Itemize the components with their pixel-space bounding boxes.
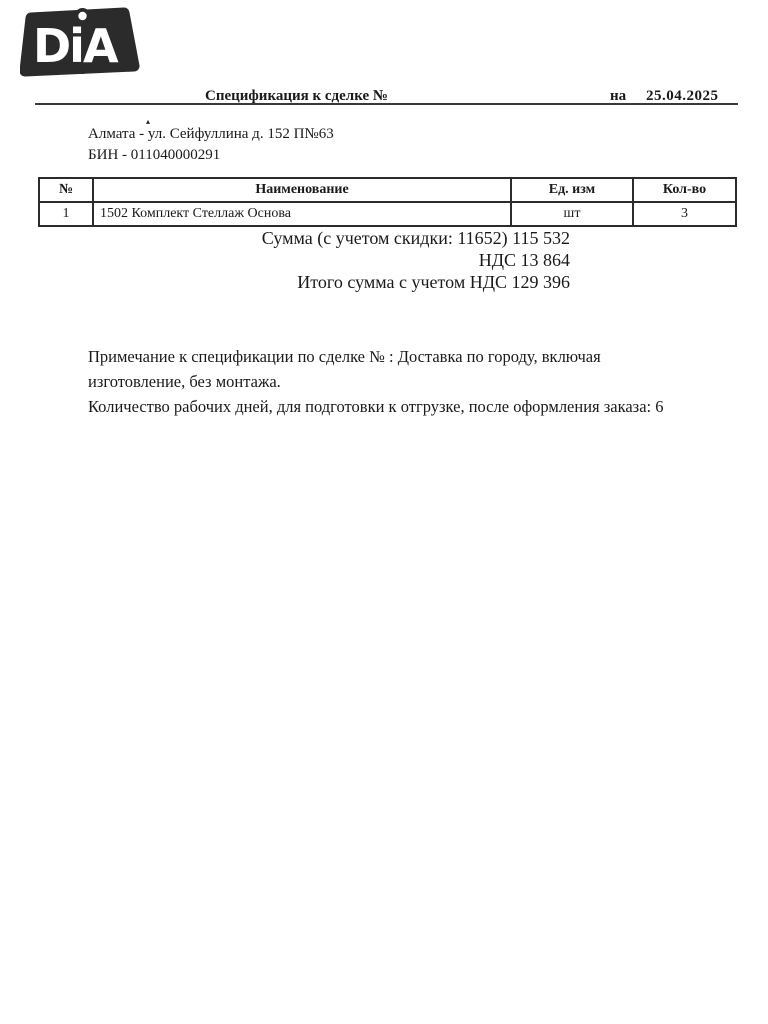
note-line-1: Примечание к спецификации по сделке № : … [88,344,728,369]
table-row: 1 1502 Комплект Стеллаж Основа шт 3 [39,202,736,226]
logo-text: DiA [33,19,119,73]
items-table: № Наименование Ед. изм Кол-во 1 1502 Ком… [38,177,737,227]
dia-logo-icon: DiA [20,4,142,82]
footnote-mark: ▴ [146,118,150,126]
item-unit: шт [511,202,633,226]
table-header-row: № Наименование Ед. изм Кол-во [39,178,736,202]
company-logo: DiA [20,4,142,82]
col-header-qty: Кол-во [633,178,736,202]
col-header-name: Наименование [93,178,511,202]
item-name: 1502 Комплект Стеллаж Основа [93,202,511,226]
col-header-number: № [39,178,93,202]
total-with-vat: Итого сумма с учетом НДС 129 396 [38,271,570,293]
sum-with-discount: Сумма (с учетом скидки: 11652) 115 532 [38,227,570,249]
col-header-unit: Ед. изм [511,178,633,202]
item-qty: 3 [633,202,736,226]
notes-block: Примечание к спецификации по сделке № : … [88,344,728,419]
note-line-2: изготовление, без монтажа. [88,369,728,394]
vat-amount: НДС 13 864 [38,249,570,271]
note-line-3: Количество рабочих дней, для подготовки … [88,394,728,419]
totals-block: Сумма (с учетом скидки: 11652) 115 532 Н… [38,227,570,293]
seller-bin: БИН - 011040000291 [88,147,220,164]
header-divider [35,103,738,105]
document-page: DiA Спецификация к сделке № на 25.04.202… [0,0,768,1024]
item-number: 1 [39,202,93,226]
seller-address: Алмата - ул. Сейфуллина д. 152 П№63 [88,126,334,143]
